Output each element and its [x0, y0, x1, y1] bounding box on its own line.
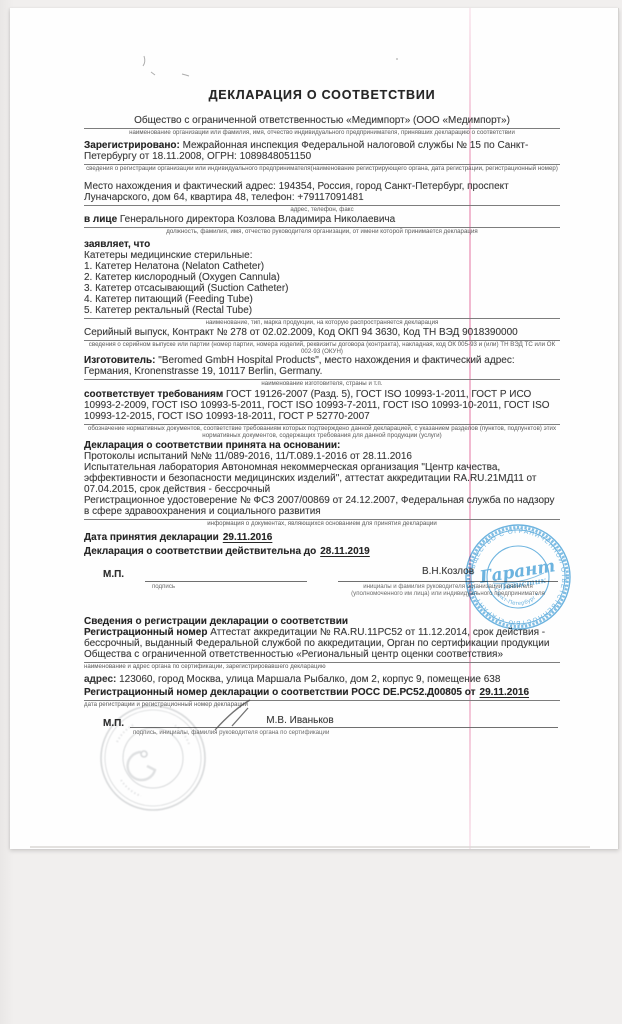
serial-text: Серийный выпуск, Контракт № 278 от 02.02… — [84, 327, 560, 341]
product-item-1: 1. Катетер Нелатона (Nelaton Catheter) — [84, 261, 560, 272]
declarant-name: В.Н.Козлов — [338, 566, 558, 577]
products-caption: наименование, тип, марка продукции, на к… — [84, 320, 560, 327]
registration-address-value: 123060, город Москва, улица Маршала Рыба… — [116, 674, 500, 685]
location-text: Место нахождения и фактический адрес: 19… — [84, 181, 560, 206]
regnum-value: РОСС DE.РС52.Д00805 от — [351, 687, 475, 698]
manufacturer-label: Изготовитель: — [84, 355, 156, 366]
products-intro: Катетеры медицинские стерильные: — [84, 250, 560, 261]
signature-line-certifier — [130, 727, 558, 728]
registration-address: адрес: 123060, город Москва, улица Марша… — [84, 674, 560, 685]
section-basis: Декларация о соответствии принята на осн… — [84, 440, 560, 528]
signature-line-declarant — [145, 581, 307, 582]
section-person: в лице Генерального директора Козлова Вл… — [84, 214, 560, 236]
section-manufacturer: Изготовитель: "Beromed GmbH Hospital Pro… — [84, 355, 560, 388]
basis-label: Декларация о соответствии принята на осн… — [84, 440, 560, 451]
manufacturer-caption: наименование изготовителя, страны и т.п. — [84, 381, 560, 388]
person-caption: должность, фамилия, имя, отчество руково… — [84, 229, 560, 236]
registered-caption: сведения о регистрации организации или и… — [84, 166, 560, 173]
basis-line-1: Протоколы испытаний №№ 11/089-2016, 11/Т… — [84, 451, 560, 462]
registration-caption-2: дата регистрации и регистрационный номер… — [84, 702, 560, 709]
declares-label: заявляет, что — [84, 239, 560, 250]
section-location: Место нахождения и фактический адрес: 19… — [84, 181, 560, 214]
registration-header: Сведения о регистрации декларации о соот… — [84, 616, 560, 627]
organization-caption: наименование организации или фамилия, им… — [84, 130, 560, 137]
section-registered: Зарегистрировано: Межрайонная инспекция … — [84, 140, 560, 173]
stamp-place-label-1: М.П. — [103, 569, 124, 580]
product-item-5: 5. Катетер ректальный (Rectal Tube) — [84, 305, 560, 316]
regnum-label: Регистрационный номер декларации о соотв… — [84, 687, 349, 698]
product-item-3: 3. Катетер отсасывающий (Suction Cathete… — [84, 283, 560, 294]
regnum-date: 29.11.2016 — [480, 687, 530, 698]
section-registration: Сведения о регистрации декларации о соот… — [84, 616, 560, 709]
declarant-name-caption-2: (уполномоченного им лица) или индивидуал… — [338, 591, 558, 598]
person-label: в лице — [84, 214, 117, 225]
standards-caption: обозначение нормативных документов, соот… — [84, 426, 560, 440]
section-serial: Серийный выпуск, Контракт № 278 от 02.02… — [84, 327, 560, 356]
standards-text: соответствует требованиям ГОСТ 19126-200… — [84, 389, 560, 425]
certifier-name: М.В. Иваньков — [240, 715, 360, 726]
screenshot-root: { "colors": { "paper": "#fefefe", "backg… — [0, 0, 622, 1024]
section-standards: соответствует требованиям ГОСТ 19126-200… — [84, 389, 560, 440]
adoption-date: 29.11.2016 — [223, 532, 273, 543]
product-item-2: 2. Катетер кислородный (Oxygen Cannula) — [84, 272, 560, 283]
basis-line-2: Испытательная лаборатория Автономная нек… — [84, 462, 560, 495]
signature-caption-sign: подпись — [152, 584, 175, 591]
section-organization: Общество с ограниченной ответственностью… — [84, 115, 560, 137]
registration-number-label: Регистрационный номер — [84, 627, 207, 638]
basis-caption: информация о документах, являющихся осно… — [84, 521, 560, 528]
registration-address-label: адрес: — [84, 674, 116, 685]
serial-caption: сведения о серийном выпуске или партии (… — [84, 342, 560, 356]
product-item-4: 4. Катетер питающий (Feeding Tube) — [84, 294, 560, 305]
adoption-date-label: Дата принятия декларации — [84, 532, 219, 543]
organization-name: Общество с ограниченной ответственностью… — [84, 115, 560, 129]
standards-label: соответствует требованиям — [84, 389, 223, 400]
registration-caption: наименование и адрес органа по сертифика… — [84, 664, 560, 671]
manufacturer-text: Изготовитель: "Beromed GmbH Hospital Pro… — [84, 355, 560, 380]
basis-line-3: Регистрационное удостоверение № ФСЗ 2007… — [84, 495, 560, 517]
stamp-place-label-2: М.П. — [103, 718, 124, 729]
location-caption: адрес, телефон, факс — [84, 207, 560, 214]
document-title: ДЕКЛАРАЦИЯ О СООТВЕТСТВИИ — [84, 88, 560, 102]
certifier-caption: подпись, инициалы, фамилия руководителя … — [133, 730, 329, 737]
section-dates: Дата принятия декларации29.11.2016 Декла… — [84, 531, 560, 559]
valid-until-label: Декларация о соответствии действительна … — [84, 546, 316, 557]
signature-line-declarant-name — [338, 581, 558, 582]
registered-text: Зарегистрировано: Межрайонная инспекция … — [84, 140, 560, 165]
section-products: заявляет, что Катетеры медицинские стери… — [84, 239, 560, 327]
registered-label: Зарегистрировано: — [84, 140, 180, 151]
registration-number-text: Регистрационный номер Аттестат аккредита… — [84, 627, 560, 663]
person-value: Генерального директора Козлова Владимира… — [117, 214, 395, 225]
valid-until-date: 28.11.2019 — [320, 546, 370, 557]
person-text: в лице Генерального директора Козлова Вл… — [84, 214, 560, 228]
